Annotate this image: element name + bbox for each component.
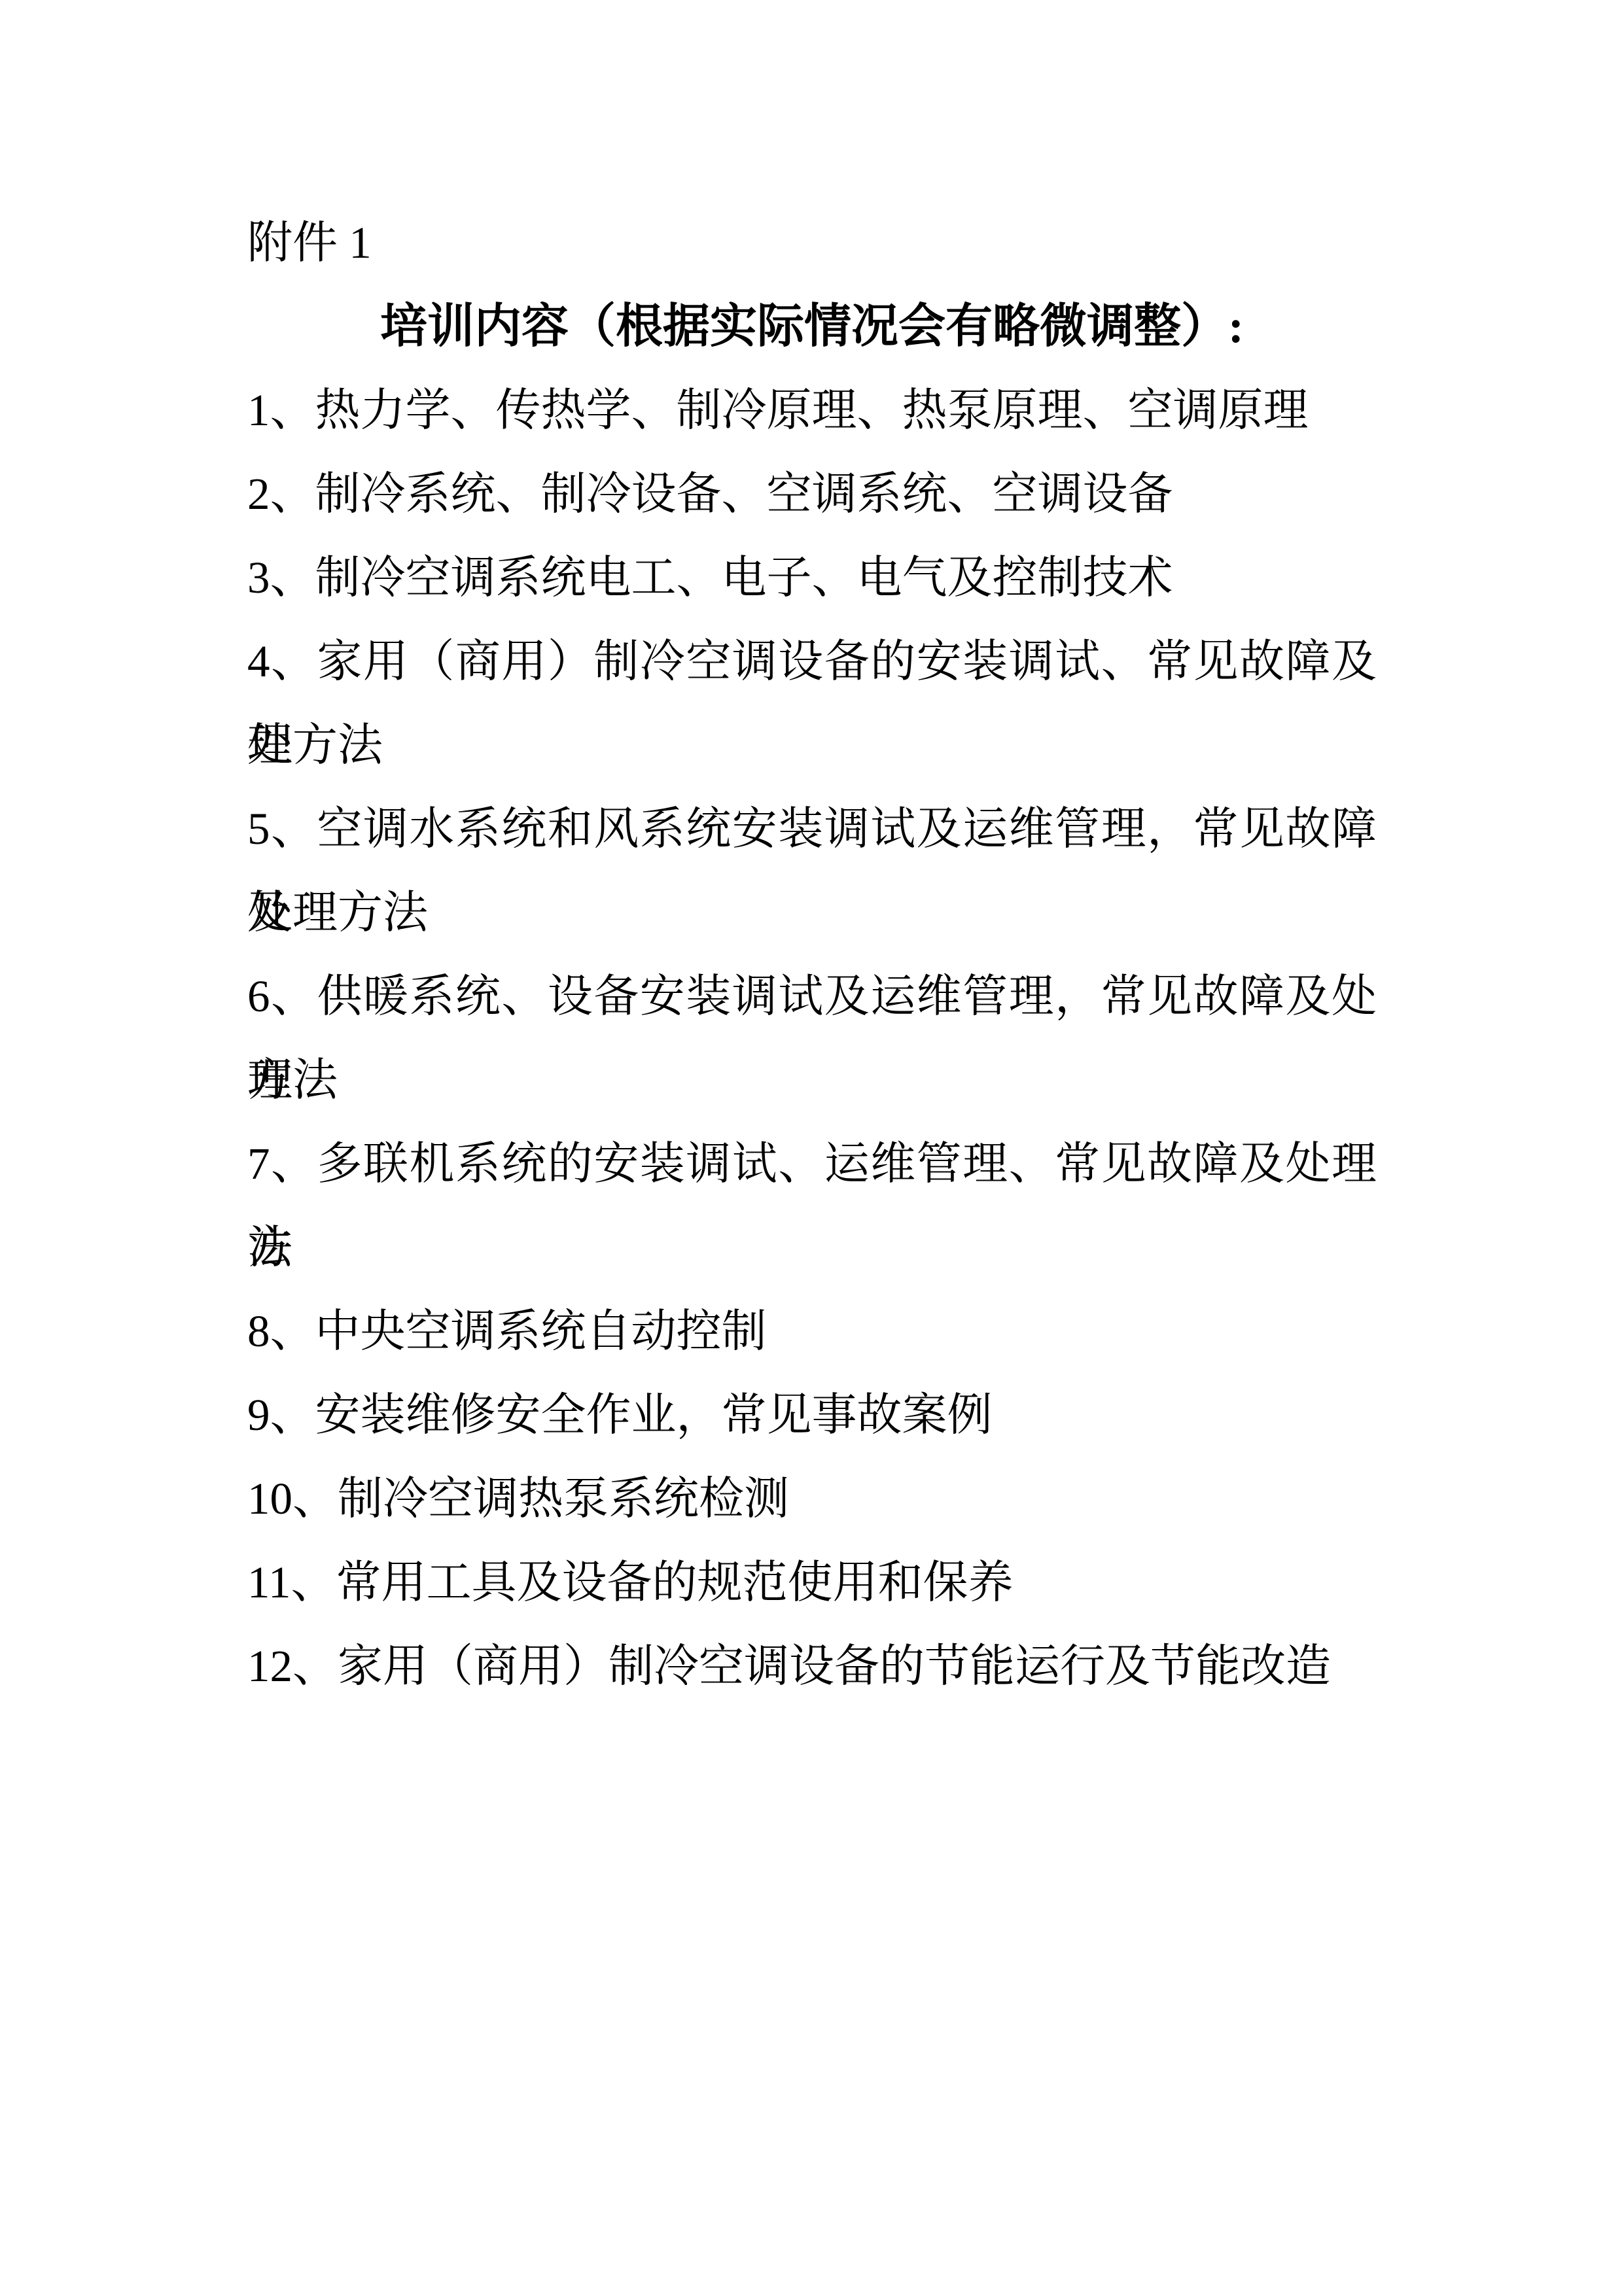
training-item-3: 3、制冷空调系统电工、电子、电气及控制技术 — [247, 536, 1377, 619]
document-content: 附件 1 培训内容（根据实际情况会有略微调整）: 1、热力学、传热学、制冷原理、… — [247, 201, 1377, 1708]
training-item-5-line-1: 5、空调水系统和风系统安装调试及运维管理，常见故障及 — [247, 787, 1377, 871]
document-page: 附件 1 培训内容（根据实际情况会有略微调整）: 1、热力学、传热学、制冷原理、… — [0, 0, 1624, 2296]
training-item-4-line-2: 理方法 — [247, 703, 1377, 787]
training-item-6-line-2: 方法 — [247, 1038, 1377, 1122]
training-item-4-line-1: 4、家用（商用）制冷空调设备的安装调试、常见故障及处 — [247, 619, 1377, 703]
training-item-2: 2、制冷系统、制冷设备、空调系统、空调设备 — [247, 452, 1377, 536]
training-item-6-line-1: 6、供暖系统、设备安装调试及运维管理，常见故障及处理 — [247, 954, 1377, 1038]
training-content-list: 1、热力学、传热学、制冷原理、热泵原理、空调原理2、制冷系统、制冷设备、空调系统… — [247, 368, 1377, 1708]
training-item-8: 8、中央空调系统自动控制 — [247, 1289, 1377, 1373]
training-item-7-line-2: 法 — [247, 1206, 1377, 1289]
training-item-1: 1、热力学、传热学、制冷原理、热泵原理、空调原理 — [247, 368, 1377, 452]
training-item-12: 12、家用（商用）制冷空调设备的节能运行及节能改造 — [247, 1624, 1377, 1708]
training-item-9: 9、安装维修安全作业，常见事故案例 — [247, 1373, 1377, 1457]
training-item-11: 11、常用工具及设备的规范使用和保养 — [247, 1540, 1377, 1624]
training-item-5-line-2: 处理方法 — [247, 871, 1377, 954]
training-item-7-line-1: 7、多联机系统的安装调试、运维管理、常见故障及处理方 — [247, 1122, 1377, 1206]
attachment-label: 附件 1 — [247, 201, 1377, 285]
training-item-10: 10、制冷空调热泵系统检测 — [247, 1457, 1377, 1540]
document-title: 培训内容（根据实际情况会有略微调整）: — [247, 285, 1377, 368]
